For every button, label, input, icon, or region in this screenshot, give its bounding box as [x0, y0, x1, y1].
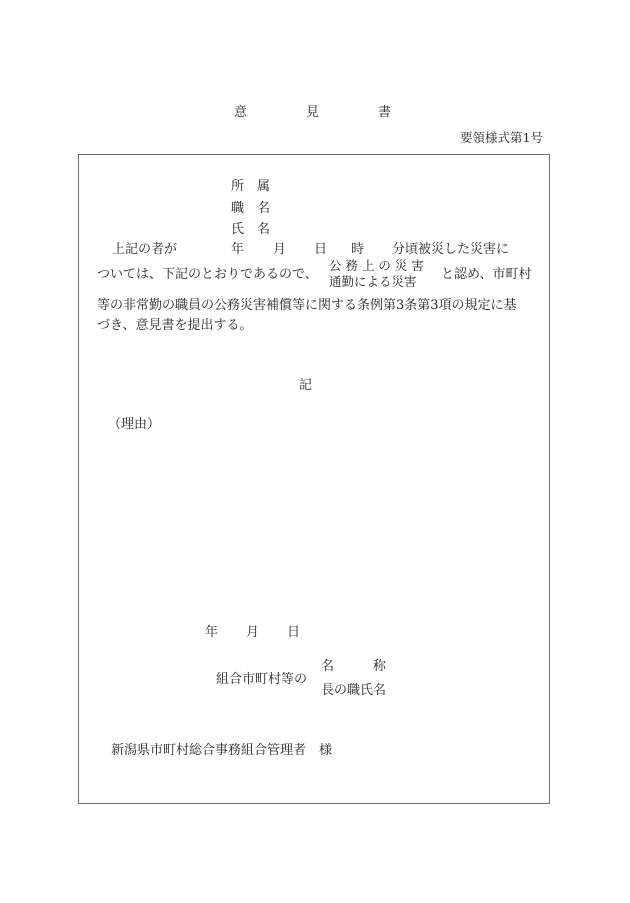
- option-commuting: 通勤による災害: [329, 274, 424, 290]
- date-year-label: 年: [205, 626, 218, 639]
- field-name-label: 氏 名: [231, 223, 270, 236]
- sentence-line2-suffix: と認め、市町村: [441, 268, 531, 281]
- sentence-line2-prefix: ついては、下記のとおりであるので、: [97, 268, 318, 281]
- date-month-label: 月: [246, 626, 259, 639]
- option-official-duty: 公 務 上 の 災 害: [329, 258, 424, 274]
- reason-label: （理由）: [108, 418, 160, 431]
- incident-month-label: 月: [273, 243, 286, 256]
- ki-heading: 記: [299, 379, 312, 392]
- field-affiliation-label: 所 属: [231, 180, 270, 193]
- field-position-label: 職 名: [231, 202, 270, 215]
- doc-title-char-2: 見: [306, 106, 319, 119]
- sentence-line1-suffix: 分頃被災した災害に: [392, 243, 509, 256]
- date-day-label: 日: [287, 626, 300, 639]
- disaster-type-options: 公 務 上 の 災 害 通勤による災害: [329, 258, 424, 290]
- incident-hour-label: 時: [351, 243, 364, 256]
- addressee: 新潟県市町村総合事務組合管理者 様: [111, 744, 332, 757]
- doc-title-char-3: 書: [378, 106, 391, 119]
- incident-year-label: 年: [231, 243, 244, 256]
- incident-day-label: 日: [314, 243, 327, 256]
- doc-title-char-1: 意: [234, 106, 247, 119]
- signer-name-label: 名 称: [321, 660, 386, 673]
- sentence-line3: 等の非常勤の職員の公務災害補償等に関する条例第3条第3項の規定に基: [97, 299, 517, 312]
- sentence-prefix: 上記の者が: [112, 243, 177, 256]
- form-number: 要領様式第1号: [460, 132, 543, 145]
- signer-prefix: 組合市町村等の: [216, 673, 307, 686]
- signer-head-label: 長の職氏名: [321, 684, 386, 697]
- sentence-line4: づき、意見書を提出する。: [97, 319, 252, 332]
